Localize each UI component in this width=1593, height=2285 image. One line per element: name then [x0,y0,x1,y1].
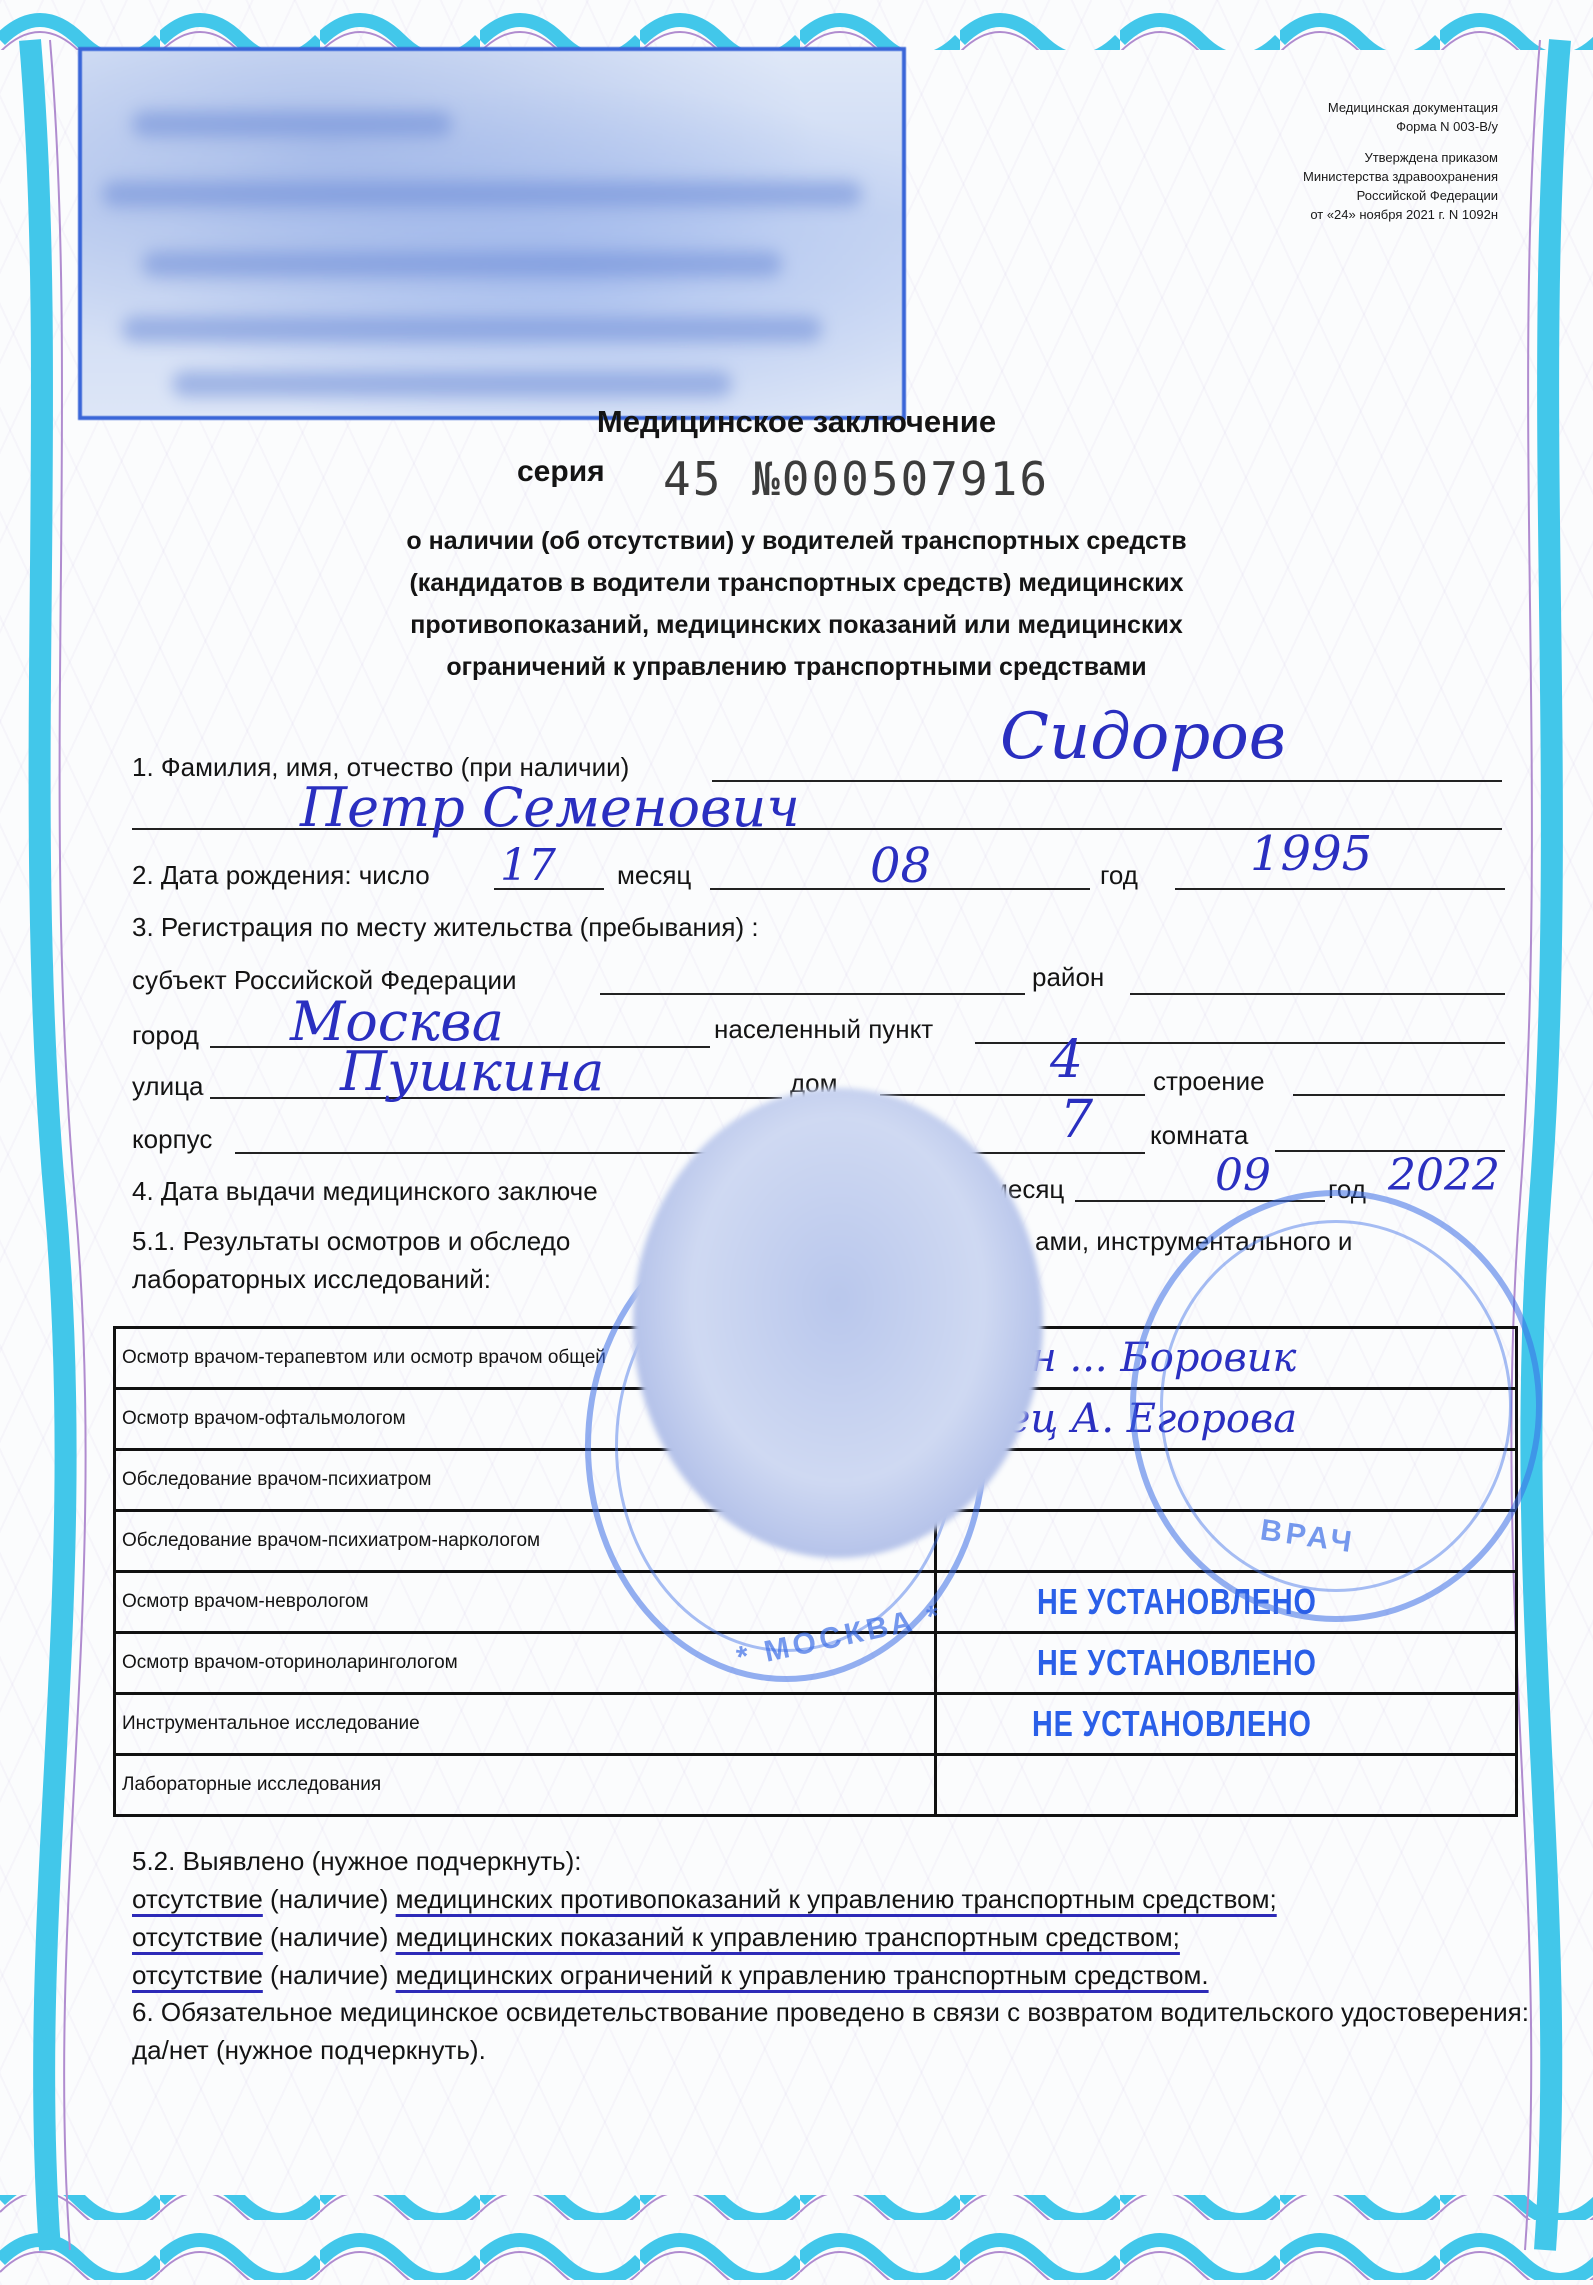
finding-underlined: медицинских противопоказаний к управлени… [396,1884,1277,1914]
redacted-stamp-area [633,1088,1043,1558]
dob-month: 08 [870,838,931,894]
fio-underline [712,780,1502,782]
dob-year-label: год [1100,860,1138,891]
section-5-1-left: 5.1. Результаты осмотров и обследо [132,1226,570,1257]
section-5-1-line2: лабораторных исследований: [132,1264,491,1295]
table-row: Инструментальное исследование НЕ УСТАНОВ… [115,1694,1517,1755]
form-header: Медицинская документация Форма N 003-В/у… [1303,98,1498,224]
finding-underlined: медицинских ограничений к управлению тра… [396,1960,1209,1990]
dob-year-line [1175,888,1505,890]
approval-line: Министерства здравоохранения [1303,167,1498,186]
house-value: 4 [1050,1030,1083,1090]
dob-day: 17 [500,840,556,891]
subtitle-line: ограничений к управлению транспортными с… [0,646,1593,688]
dob-label: 2. Дата рождения: число [132,860,430,891]
exam-result [936,1755,1517,1816]
subject-line [600,993,1025,995]
exam-result: НЕ УСТАНОВЛЕНО [936,1633,1517,1694]
section-5-1-right: ами, инструментального и [1035,1226,1352,1257]
series-label: серия [517,455,605,489]
finding-underlined: медицинских показаний к управлению транс… [396,1922,1180,1952]
series-number: 45 №000507916 [663,452,1049,506]
district-line [1130,993,1505,995]
fio-name-patronymic: Петр Семенович [300,776,800,839]
registration-label: 3. Регистрация по месту жительства (преб… [132,912,759,943]
subtitle-line: (кандидатов в водители транспортных сред… [0,562,1593,604]
section-6: 6. Обязательное медицинское освидетельст… [132,1993,1532,2069]
finding-line: отсутствие (наличие) медицинских противо… [132,1880,1277,1918]
room-label: комната [1150,1120,1248,1151]
exam-name: Осмотр врачом-неврологом [115,1572,936,1633]
issue-year: 2022 [1388,1150,1500,1201]
fio-surname: Сидоров [1000,700,1286,774]
korpus-label: корпус [132,1124,212,1155]
finding-alt: (наличие) [263,1884,396,1914]
issue-month-line [1075,1200,1325,1202]
finding-underlined: отсутствие [132,1922,263,1952]
finding-alt: (наличие) [263,1922,396,1952]
redacted-clinic-info [78,47,906,420]
doc-type: Медицинская документация [1303,98,1498,117]
exam-result [936,1511,1517,1572]
subtitle-line: противопоказаний, медицинских показаний … [0,604,1593,646]
street-value: Пушкина [340,1040,604,1103]
finding-underlined: отсутствие [132,1884,263,1914]
korpus-value: 7 [1060,1090,1093,1150]
house-line [880,1094,1145,1096]
exam-result: НЕ УСТАНОВЛЕНО [936,1694,1517,1755]
approval-line: Утверждена приказом [1303,148,1498,167]
document-page: Медицинская документация Форма N 003-В/у… [0,0,1593,2285]
document-title: Медицинское заключение [0,404,1593,440]
korpus-line [235,1152,1145,1154]
finding-underlined: отсутствие [132,1960,263,1990]
building-label: строение [1153,1066,1265,1097]
exam-result-stamp: НЕ УСТАНОВЛЕНО [1037,1642,1317,1684]
section-5-2: 5.2. Выявлено (нужное подчеркнуть): отсу… [132,1842,1277,1994]
city-label: город [132,1020,199,1051]
subtitle-line: о наличии (об отсутствии) у водителей тр… [0,520,1593,562]
issue-year-label: год [1328,1174,1366,1205]
finding-line: отсутствие (наличие) медицинских показан… [132,1918,1277,1956]
exam-result [936,1450,1517,1511]
approval-line: от «24» ноября 2021 г. N 1092н [1303,205,1498,224]
exam-result-stamp: НЕ УСТАНОВЛЕНО [1032,1703,1312,1745]
exam-name: Лабораторные исследования [115,1755,936,1816]
exam-result-stamp: НЕ УСТАНОВЛЕНО [1037,1581,1317,1623]
dob-month-label: месяц [617,860,691,891]
locality-label: населенный пункт [714,1014,933,1045]
approval-line: Российской Федерации [1303,186,1498,205]
building-line [1293,1094,1505,1096]
table-row: Лабораторные исследования [115,1755,1517,1816]
section-5-2-heading: 5.2. Выявлено (нужное подчеркнуть): [132,1842,1277,1880]
issue-date-label: 4. Дата выдачи медицинского заключе [132,1176,598,1207]
document-subtitle: о наличии (об отсутствии) у водителей тр… [0,520,1593,688]
street-label: улица [132,1071,203,1102]
dob-year: 1995 [1250,826,1372,882]
issue-month: 09 [1215,1150,1271,1201]
table-row: Осмотр врачом-неврологом НЕ УСТАНОВЛЕНО [115,1572,1517,1633]
finding-line: отсутствие (наличие) медицинских огранич… [132,1956,1277,1994]
form-number: Форма N 003-В/у [1303,117,1498,136]
finding-alt: (наличие) [263,1960,396,1990]
exam-result: НЕ УСТАНОВЛЕНО [936,1572,1517,1633]
district-label: район [1032,962,1104,993]
exam-name: Инструментальное исследование [115,1694,936,1755]
